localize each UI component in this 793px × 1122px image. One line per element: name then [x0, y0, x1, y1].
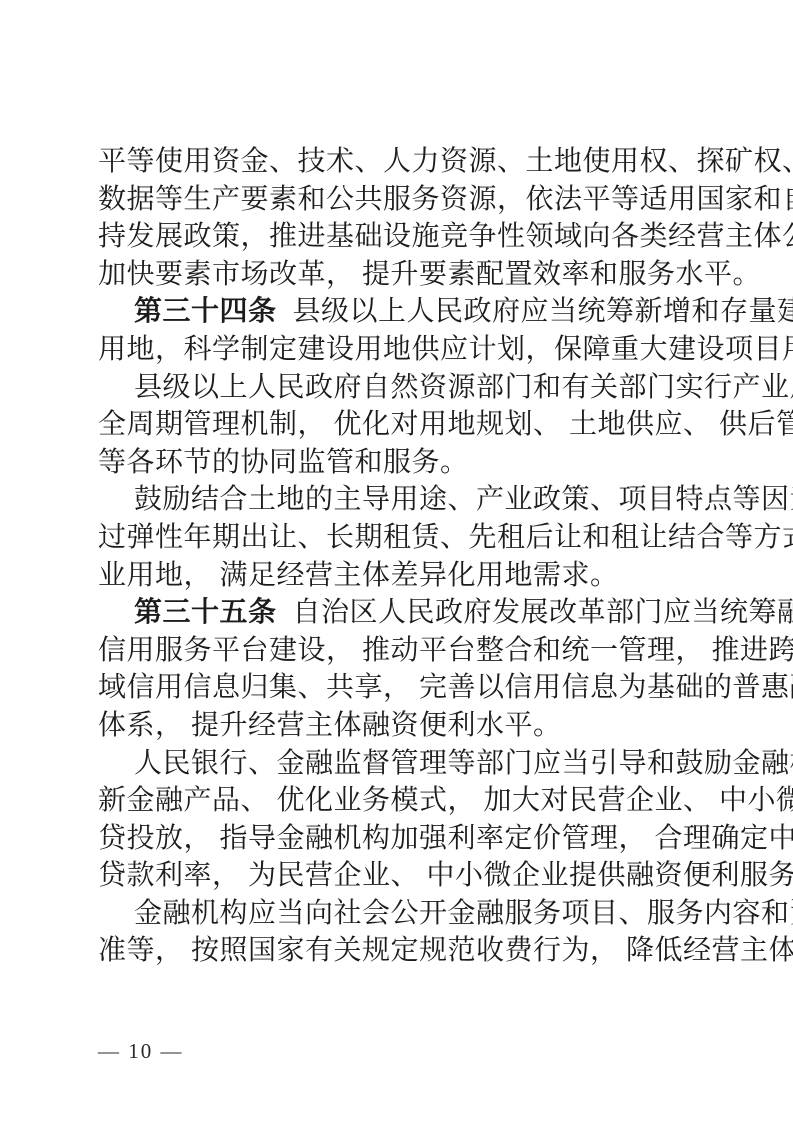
line-text: 人民银行、金融监督管理等部门应当引导和鼓励金融机构创 [134, 748, 793, 779]
text-line: 金融机构应当向社会公开金融服务项目、服务内容和资费标 [98, 895, 715, 933]
line-text: 业用地， 满足经营主体差异化用地需求。 [98, 560, 619, 591]
text-line: 加快要素市场改革， 提升要素配置效率和服务水平。 [98, 256, 715, 294]
text-line: 鼓励结合土地的主导用途、产业政策、项目特点等因素， 通 [98, 481, 715, 519]
line-text: 县级以上人民政府自然资源部门和有关部门实行产业用地 [134, 372, 793, 403]
line-text: 准等， 按照国家有关规定规范收费行为， 降低经营主体获取金融 [98, 935, 793, 966]
text-line: 业用地， 满足经营主体差异化用地需求。 [98, 557, 715, 595]
line-text: 县级以上人民政府应当统筹新增和存量建设 [293, 296, 793, 327]
text-line: 持发展政策，推进基础设施竞争性领域向各类经营主体公平开放， [98, 218, 715, 256]
text-line: 等各环节的协同监管和服务。 [98, 444, 715, 482]
text-line: 用地，科学制定建设用地供应计划，保障重大建设项目用地需求。 [98, 331, 715, 369]
text-line-article-34: 第三十四条县级以上人民政府应当统筹新增和存量建设 [98, 293, 715, 331]
line-text: 域信用信息归集、共享， 完善以信用信息为基础的普惠融资服务 [98, 672, 793, 703]
text-line: 数据等生产要素和公共服务资源，依法平等适用国家和自治区支 [98, 181, 715, 219]
text-line: 贷款利率， 为民营企业、 中小微企业提供融资便利服务。 [98, 857, 715, 895]
text-line: 贷投放， 指导金融机构加强利率定价管理， 合理确定中小微企业 [98, 820, 715, 858]
article-number: 第三十五条 [134, 597, 277, 628]
text-line: 准等， 按照国家有关规定规范收费行为， 降低经营主体获取金融 [98, 932, 715, 970]
line-text: 体系， 提升经营主体融资便利水平。 [98, 710, 562, 741]
line-text: 等各环节的协同监管和服务。 [98, 447, 469, 478]
line-text: 持发展政策，推进基础设施竞争性领域向各类经营主体公平开放， [98, 221, 793, 252]
line-text: 信用服务平台建设， 推动平台整合和统一管理， 推进跨部门跨领 [98, 635, 793, 666]
line-text: 全周期管理机制， 优化对用地规划、 土地供应、 供后管理和退出 [98, 409, 793, 440]
article-number: 第三十四条 [134, 296, 277, 327]
line-text: 贷投放， 指导金融机构加强利率定价管理， 合理确定中小微企业 [98, 823, 793, 854]
line-text: 新金融产品、 优化业务模式， 加大对民营企业、 中小微企业的信 [98, 785, 793, 816]
document-body: 平等使用资金、技术、人力资源、土地使用权、探矿权、采矿权、 数据等生产要素和公共… [98, 143, 715, 970]
line-text: 鼓励结合土地的主导用途、产业政策、项目特点等因素， 通 [134, 484, 793, 515]
text-line: 人民银行、金融监督管理等部门应当引导和鼓励金融机构创 [98, 745, 715, 783]
document-page: 平等使用资金、技术、人力资源、土地使用权、探矿权、采矿权、 数据等生产要素和公共… [0, 0, 793, 1122]
text-line-article-35: 第三十五条自治区人民政府发展改革部门应当统筹融资 [98, 594, 715, 632]
text-line: 域信用信息归集、共享， 完善以信用信息为基础的普惠融资服务 [98, 669, 715, 707]
line-text: 自治区人民政府发展改革部门应当统筹融资 [293, 597, 793, 628]
text-line: 过弹性年期出让、长期租赁、先租后让和租让结合等方式供应产 [98, 519, 715, 557]
text-line: 信用服务平台建设， 推动平台整合和统一管理， 推进跨部门跨领 [98, 632, 715, 670]
line-text: 数据等生产要素和公共服务资源，依法平等适用国家和自治区支 [98, 184, 793, 215]
line-text: 过弹性年期出让、长期租赁、先租后让和租让结合等方式供应产 [98, 522, 793, 553]
text-line: 全周期管理机制， 优化对用地规划、 土地供应、 供后管理和退出 [98, 406, 715, 444]
text-line: 平等使用资金、技术、人力资源、土地使用权、探矿权、采矿权、 [98, 143, 715, 181]
line-text: 用地，科学制定建设用地供应计划，保障重大建设项目用地需求。 [98, 334, 793, 365]
line-text: 贷款利率， 为民营企业、 中小微企业提供融资便利服务。 [98, 860, 793, 891]
text-line: 新金融产品、 优化业务模式， 加大对民营企业、 中小微企业的信 [98, 782, 715, 820]
line-text: 平等使用资金、技术、人力资源、土地使用权、探矿权、采矿权、 [98, 146, 793, 177]
line-text: 金融机构应当向社会公开金融服务项目、服务内容和资费标 [134, 898, 793, 929]
text-line: 体系， 提升经营主体融资便利水平。 [98, 707, 715, 745]
page-number: — 10 — [98, 1036, 184, 1066]
text-line: 县级以上人民政府自然资源部门和有关部门实行产业用地 [98, 369, 715, 407]
line-text: 加快要素市场改革， 提升要素配置效率和服务水平。 [98, 259, 761, 290]
